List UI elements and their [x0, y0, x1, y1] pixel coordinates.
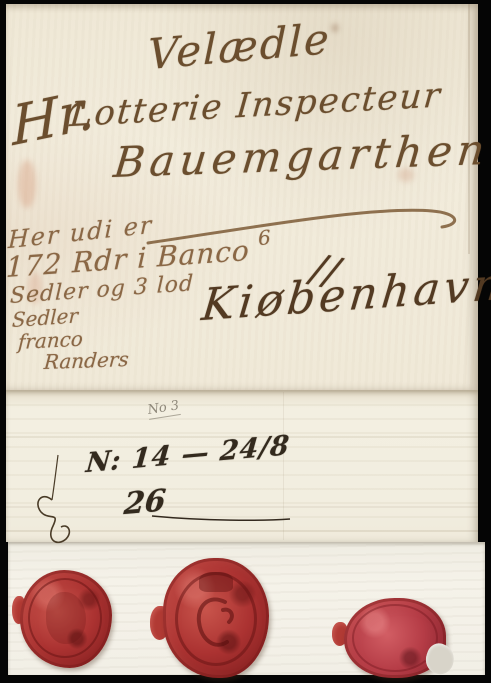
wax-seal-center	[163, 558, 269, 678]
small-ink-mark: 6	[257, 227, 271, 248]
paper-stain	[332, 24, 338, 32]
monogram-relief	[163, 558, 269, 678]
wax-seal-left	[20, 570, 112, 668]
addressee-name: Bauemgarthen	[112, 129, 491, 184]
coat-of-arms-relief	[46, 592, 86, 644]
letter-photo: Velædle Hr. Lotterie Inspecteur Bauemgar…	[0, 0, 491, 683]
registry-weight: 26	[123, 486, 167, 520]
paper-stain	[18, 160, 36, 208]
fold-crease	[283, 392, 284, 540]
origin-note: Randers	[43, 349, 129, 372]
letter-flap-paper	[6, 390, 478, 542]
fold-crease	[6, 530, 478, 532]
fold-crease	[6, 506, 478, 508]
